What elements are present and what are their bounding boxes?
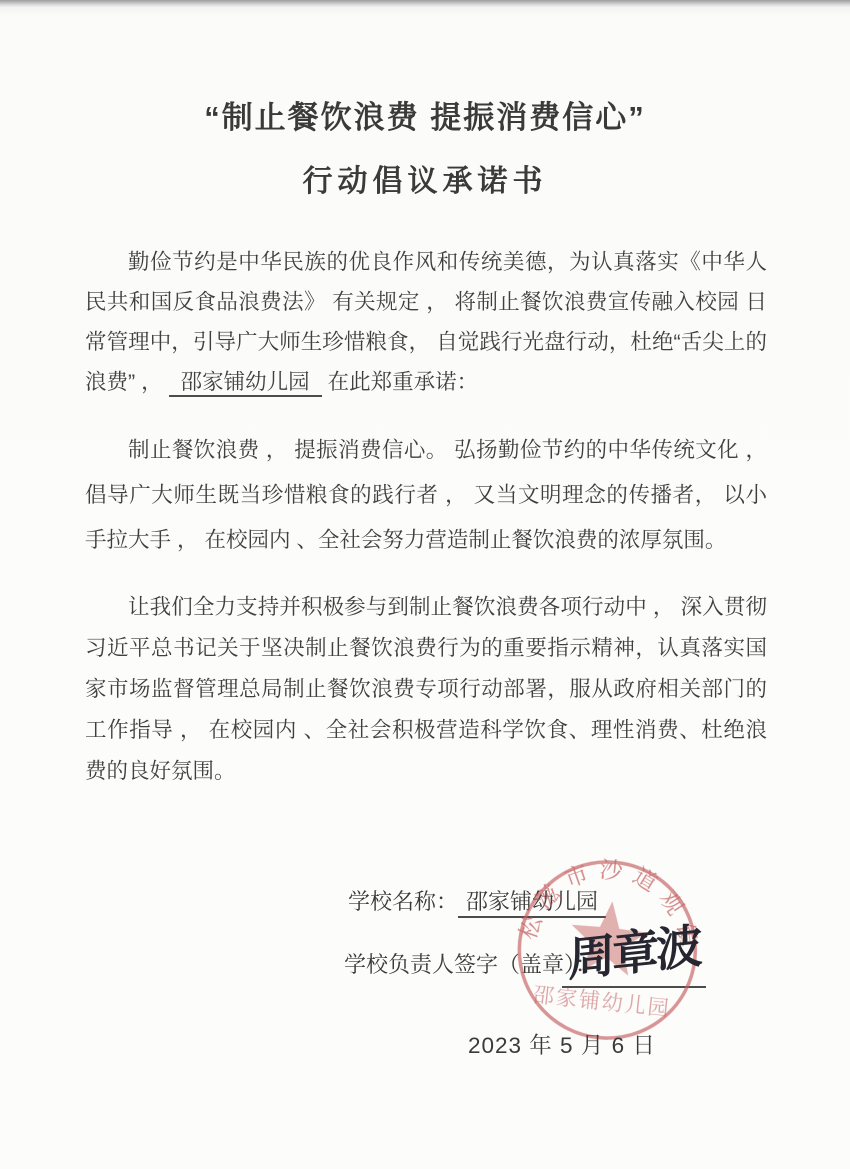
committing-school-name: 邵家铺幼儿园 bbox=[169, 370, 322, 397]
school-name-label: 学校名称： bbox=[348, 889, 458, 914]
document-body: 勤俭节约是中华民族的优良作风和传统美德，为认真落实《中华人民共和国反食品浪费法》… bbox=[85, 242, 767, 792]
paragraph-1-closing: 在此郑重承诺： bbox=[322, 370, 478, 394]
body-paragraph-2: 制止餐饮浪费 ， 提振消费信心。 弘扬勤俭节约的中华传统文化 ， 倡导广大师生既… bbox=[85, 428, 767, 563]
body-paragraph-3: 让我们全力支持并积极参与到制止餐饮浪费各项行动中 ， 深入贯彻习近平总书记关于坚… bbox=[85, 587, 767, 792]
document-title-line2: 行动倡议承诺书 bbox=[0, 156, 850, 200]
document-title-line1: “制止餐饮浪费 提振消费信心” bbox=[0, 92, 850, 137]
handwritten-signature: 周章波 bbox=[568, 909, 699, 990]
scan-edge-artifact bbox=[0, 0, 850, 7]
scanned-document-page: “制止餐饮浪费 提振消费信心” 行动倡议承诺书 勤俭节约是中华民族的优良作风和传… bbox=[0, 0, 850, 1169]
seal-school-name-text: 邵家铺幼儿园 bbox=[532, 984, 672, 1021]
document-date: 2023 年 5 月 6 日 bbox=[468, 1028, 656, 1060]
body-paragraph-1: 勤俭节约是中华民族的优良作风和传统美德，为认真落实《中华人民共和国反食品浪费法》… bbox=[85, 242, 767, 402]
